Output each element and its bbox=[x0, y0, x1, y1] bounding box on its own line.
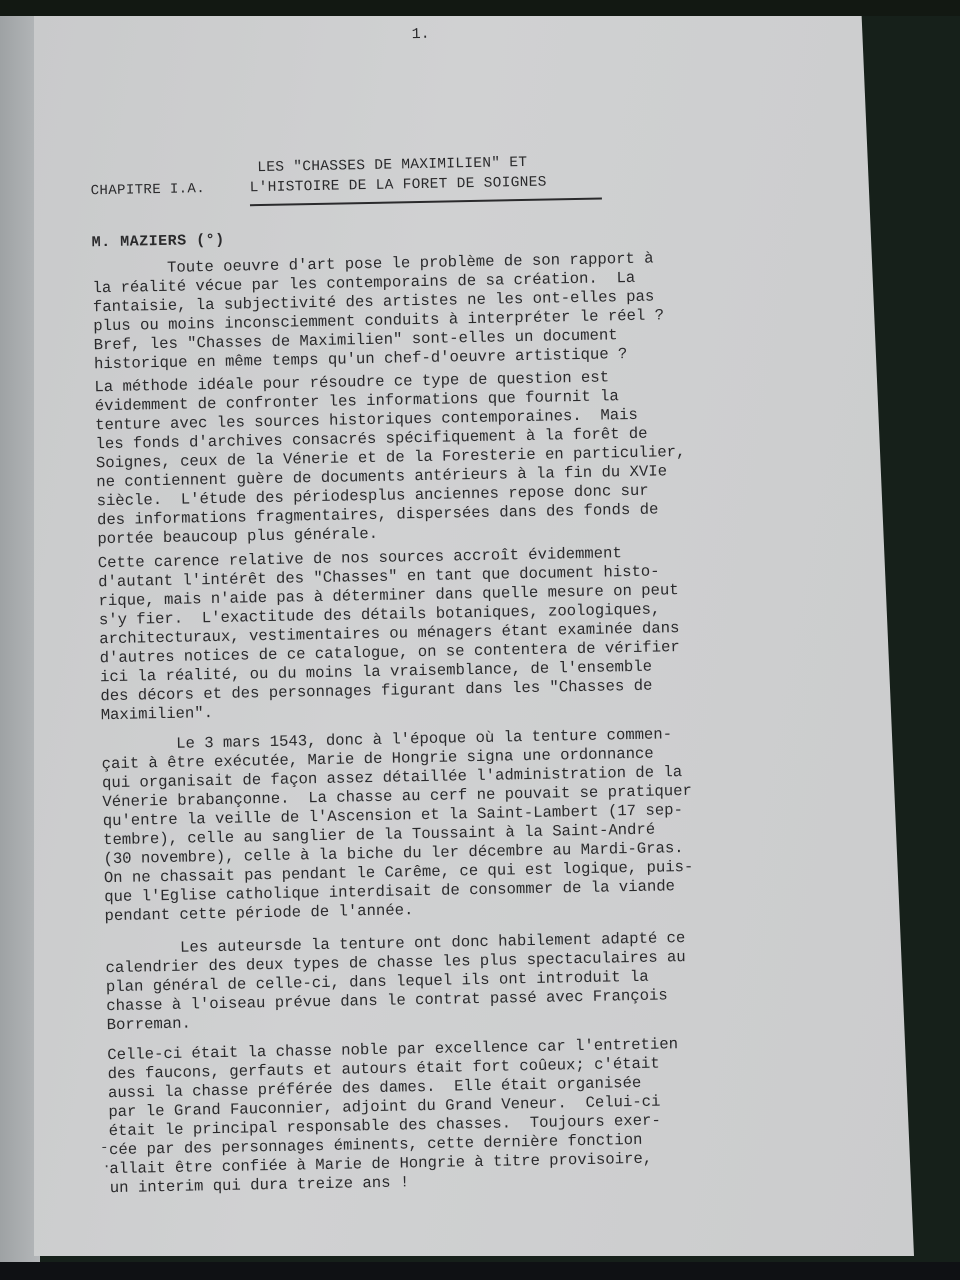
page-number: 1. bbox=[412, 26, 430, 43]
page-content: 1. LES "CHASSES DE MAXIMILIEN" ET L'HIST… bbox=[0, 0, 960, 1280]
paragraph-4: Le 3 mars 1543, donc à l'époque où la te… bbox=[101, 723, 805, 926]
title-underline bbox=[250, 197, 602, 205]
paragraph-3: Cette carence relative de nos sources ac… bbox=[98, 541, 801, 725]
title-line-1: LES "CHASSES DE MAXIMILIEN" ET bbox=[249, 153, 546, 179]
title-line-2: L'HISTOIRE DE LA FORET DE SOIGNES bbox=[250, 175, 547, 197]
chapter-title: LES "CHASSES DE MAXIMILIEN" ET L'HISTOIR… bbox=[249, 153, 547, 199]
author-name: M. MAZIERS (°) bbox=[92, 232, 225, 252]
paragraph-1: Toute oeuvre d'art pose le problème de s… bbox=[92, 247, 794, 374]
paragraph-5: Les auteursde la tenture ont donc habile… bbox=[105, 927, 807, 1035]
margin-mark-dot: · bbox=[102, 1159, 111, 1175]
chapter-label: CHAPITRE I.A. bbox=[91, 181, 206, 199]
paragraph-2: La méthode idéale pour résoudre ce type … bbox=[94, 365, 797, 549]
margin-mark-dash: - bbox=[100, 1140, 109, 1156]
paragraph-6: Celle-ci était la chasse noble par excel… bbox=[107, 1033, 810, 1198]
